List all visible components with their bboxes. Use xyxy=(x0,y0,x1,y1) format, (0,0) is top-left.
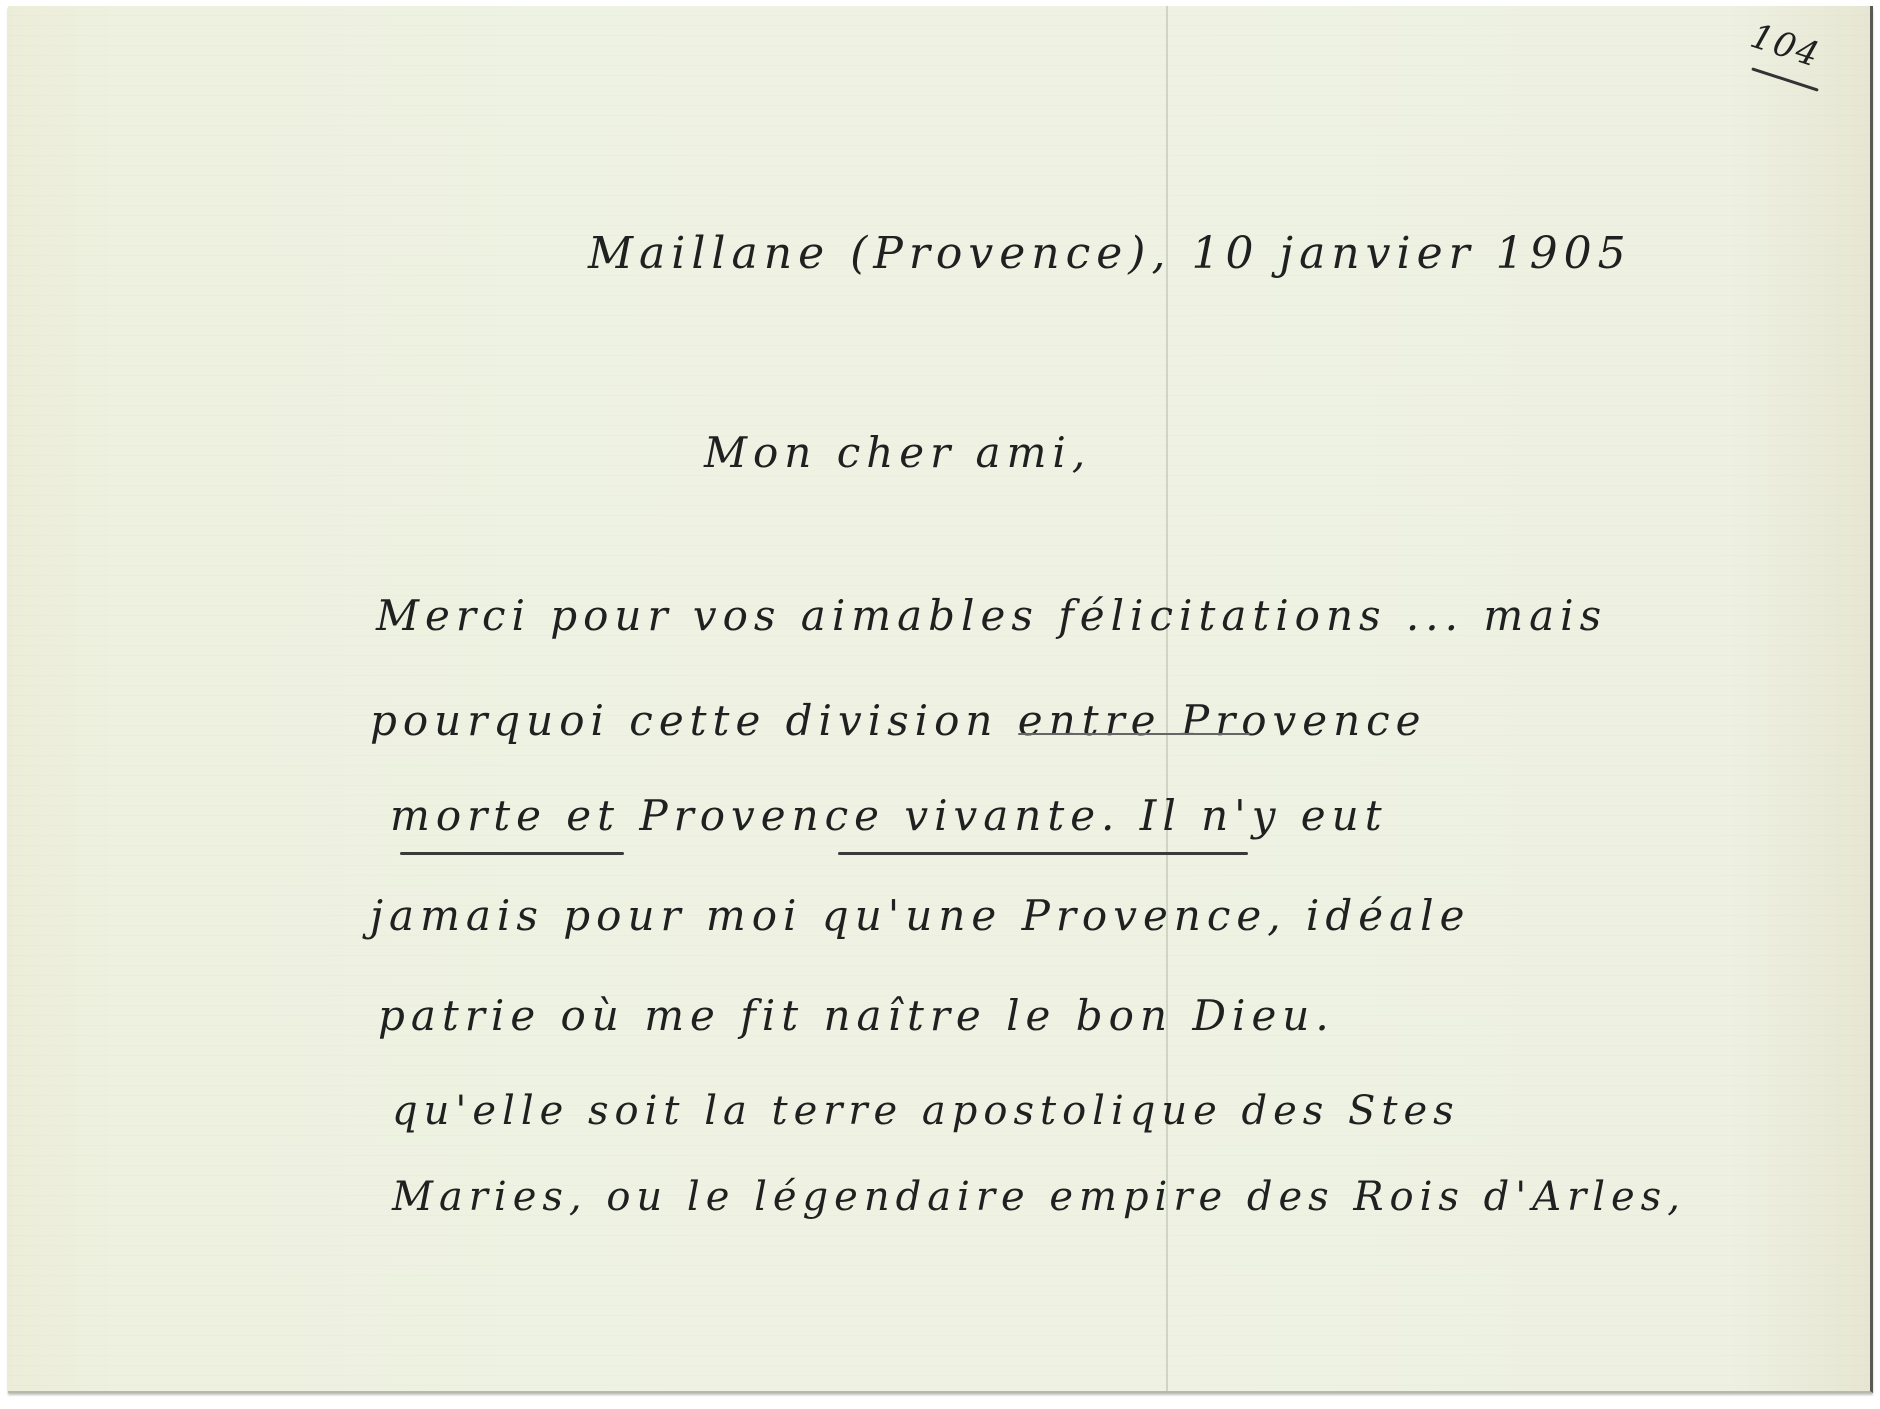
body-line-4: jamais pour moi qu'une Provence, idéale xyxy=(370,891,1470,940)
body-line-7: Maries, ou le légendaire empire des Rois… xyxy=(392,1174,1686,1220)
salutation: Mon cher ami, xyxy=(704,428,1091,477)
letter-sheet: 104 Maillane (Provence), 10 janvier 1905… xyxy=(8,6,1873,1393)
underline-provence-vivante xyxy=(838,852,1248,855)
body-line-3: morte et Provence vivante. Il n'y eut xyxy=(390,791,1388,840)
body-line-5: patrie où me fit naître le bon Dieu. xyxy=(378,991,1335,1040)
body-line-2: pourquoi cette division entre Provence xyxy=(370,696,1427,745)
folio-number: 104 xyxy=(1746,16,1826,76)
body-line-6: qu'elle soit la terre apostolique des St… xyxy=(392,1088,1460,1134)
body-line-1: Merci pour vos aimables félicitations ..… xyxy=(376,591,1607,640)
dateline: Maillane (Provence), 10 janvier 1905 xyxy=(588,228,1632,279)
underline-provence xyxy=(1018,733,1250,735)
underline-morte xyxy=(400,852,624,855)
